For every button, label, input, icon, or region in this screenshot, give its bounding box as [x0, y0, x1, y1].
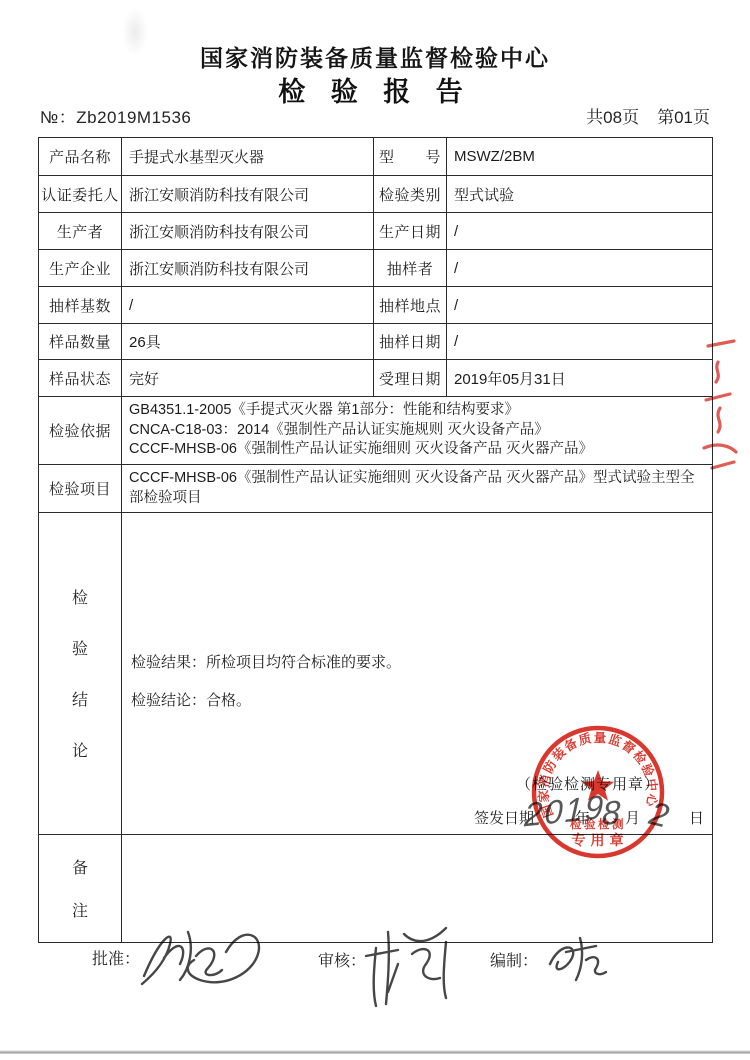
model-value: MSWZ/2BM [447, 138, 713, 176]
sample-quantity-label: 样品数量 [39, 324, 122, 360]
inspection-items-value: CCCF-MHSB-06《强制性产品认证实施细则 灭火设备产品 灭火器产品》型式… [122, 465, 713, 513]
compile-signature [538, 930, 630, 991]
stamp-line2: 专用章 [572, 832, 629, 848]
table-row: 生产者 浙江安顺消防科技有限公司 生产日期 / [39, 213, 713, 250]
stamp-line1: 检验检测 [570, 817, 626, 831]
conclusion-label-char: 检 [72, 585, 88, 608]
page-info: 共08页第01页 [568, 103, 710, 128]
sampling-date-label: 抽样日期 [374, 324, 447, 360]
report-number-value: Zb2019M1536 [76, 108, 191, 127]
sampling-base-value: / [122, 287, 374, 324]
sampler-value: / [447, 250, 713, 287]
conclusion-label-char: 结 [72, 687, 88, 710]
sampling-place-value: / [447, 287, 713, 324]
conclusion-label-char: 验 [72, 636, 88, 659]
sampler-label: 抽样者 [374, 250, 447, 287]
table-row: 生产企业 浙江安顺消防科技有限公司 抽样者 / [39, 250, 713, 287]
cert-client-label: 认证委托人 [39, 176, 122, 213]
org-name: 国家消防装备质量监督检验中心 [0, 40, 750, 73]
report-number: №：Zb2019M1536 [40, 103, 191, 128]
sampling-base-label: 抽样基数 [39, 287, 122, 324]
manufacturer-label: 生产者 [39, 213, 122, 250]
table-row: 检验项目 CCCF-MHSB-06《强制性产品认证实施细则 灭火设备产品 灭火器… [39, 465, 713, 513]
remark-label-char: 备 [72, 855, 88, 878]
official-round-stamp: 国家消防装备质量监督检验中心 检验检测 专用章 [528, 722, 668, 862]
red-stamp-fragment [690, 336, 748, 493]
page-current: 第01页 [657, 108, 710, 127]
cert-client-value: 浙江安顺消防科技有限公司 [122, 176, 374, 213]
sample-condition-label: 样品状态 [39, 360, 122, 397]
inspection-basis-label: 检验依据 [39, 397, 122, 465]
production-enterprise-label: 生产企业 [39, 250, 122, 287]
sampling-date-value: / [447, 324, 713, 360]
inspection-result-line: 检验结果：所检项目均符合标准的要求。 [131, 651, 711, 672]
basis-line-3: CCCF-MHSB-06《强制性产品认证实施细则 灭火设备产品 灭火器产品》 [129, 440, 705, 460]
stamp-graphic: 国家消防装备质量监督检验中心 检验检测 专用章 [528, 722, 668, 862]
remark-label-char: 注 [72, 898, 88, 921]
star-icon [582, 770, 614, 801]
day-char: 日 [689, 807, 704, 828]
product-name-value: 手提式水基型灭火器 [122, 138, 374, 176]
sampling-place-label: 抽样地点 [374, 287, 447, 324]
approve-signature [130, 918, 280, 1001]
inspection-conclusion-line: 检验结论：合格。 [131, 689, 711, 710]
conclusion-label-char: 论 [72, 738, 88, 761]
table-row: 检验依据 GB4351.1-2005《手提式灭火器 第1部分：性能和结构要求》 … [39, 397, 713, 465]
report-number-label: №： [40, 108, 76, 127]
conclusion-section-label: 检 验 结 论 [39, 512, 122, 834]
basis-line-2: CNCA-C18-03：2014《强制性产品认证实施规则 灭火设备产品》 [129, 421, 705, 441]
inspection-basis-value: GB4351.1-2005《手提式灭火器 第1部分：性能和结构要求》 CNCA-… [122, 397, 713, 465]
scan-edge [0, 1050, 750, 1054]
review-signature [360, 920, 472, 1017]
production-date-value: / [447, 213, 713, 250]
table-row: 样品状态 完好 受理日期 2019年05月31日 [39, 360, 713, 397]
sample-condition-value: 完好 [122, 360, 374, 397]
inspection-category-label: 检验类别 [374, 176, 447, 213]
pages-total: 共08页 [586, 108, 639, 127]
manufacturer-value: 浙江安顺消防科技有限公司 [122, 213, 374, 250]
table-row: 产品名称 手提式水基型灭火器 型 号 MSWZ/2BM [39, 138, 713, 176]
remark-section-label: 备 注 [39, 834, 122, 942]
report-page: 国家消防装备质量监督检验中心 检 验 报 告 №：Zb2019M1536 共08… [0, 0, 750, 1060]
compile-label: 编制： [490, 948, 538, 971]
report-meta-line: №：Zb2019M1536 共08页第01页 [40, 103, 712, 127]
sample-quantity-value: 26具 [122, 324, 374, 360]
acceptance-date-value: 2019年05月31日 [447, 360, 713, 397]
basis-line-1: GB4351.1-2005《手提式灭火器 第1部分：性能和结构要求》 [129, 401, 705, 421]
acceptance-date-label: 受理日期 [374, 360, 447, 397]
review-label: 审核： [318, 948, 366, 971]
production-enterprise-value: 浙江安顺消防科技有限公司 [122, 250, 374, 287]
model-label: 型 号 [374, 138, 447, 176]
inspection-items-label: 检验项目 [39, 465, 122, 513]
product-name-label: 产品名称 [39, 138, 122, 176]
production-date-label: 生产日期 [374, 213, 447, 250]
inspection-category-value: 型式试验 [447, 176, 713, 213]
table-row: 抽样基数 / 抽样地点 / [39, 287, 713, 324]
table-row: 认证委托人 浙江安顺消防科技有限公司 检验类别 型式试验 [39, 176, 713, 213]
table-row: 样品数量 26具 抽样日期 / [39, 324, 713, 360]
